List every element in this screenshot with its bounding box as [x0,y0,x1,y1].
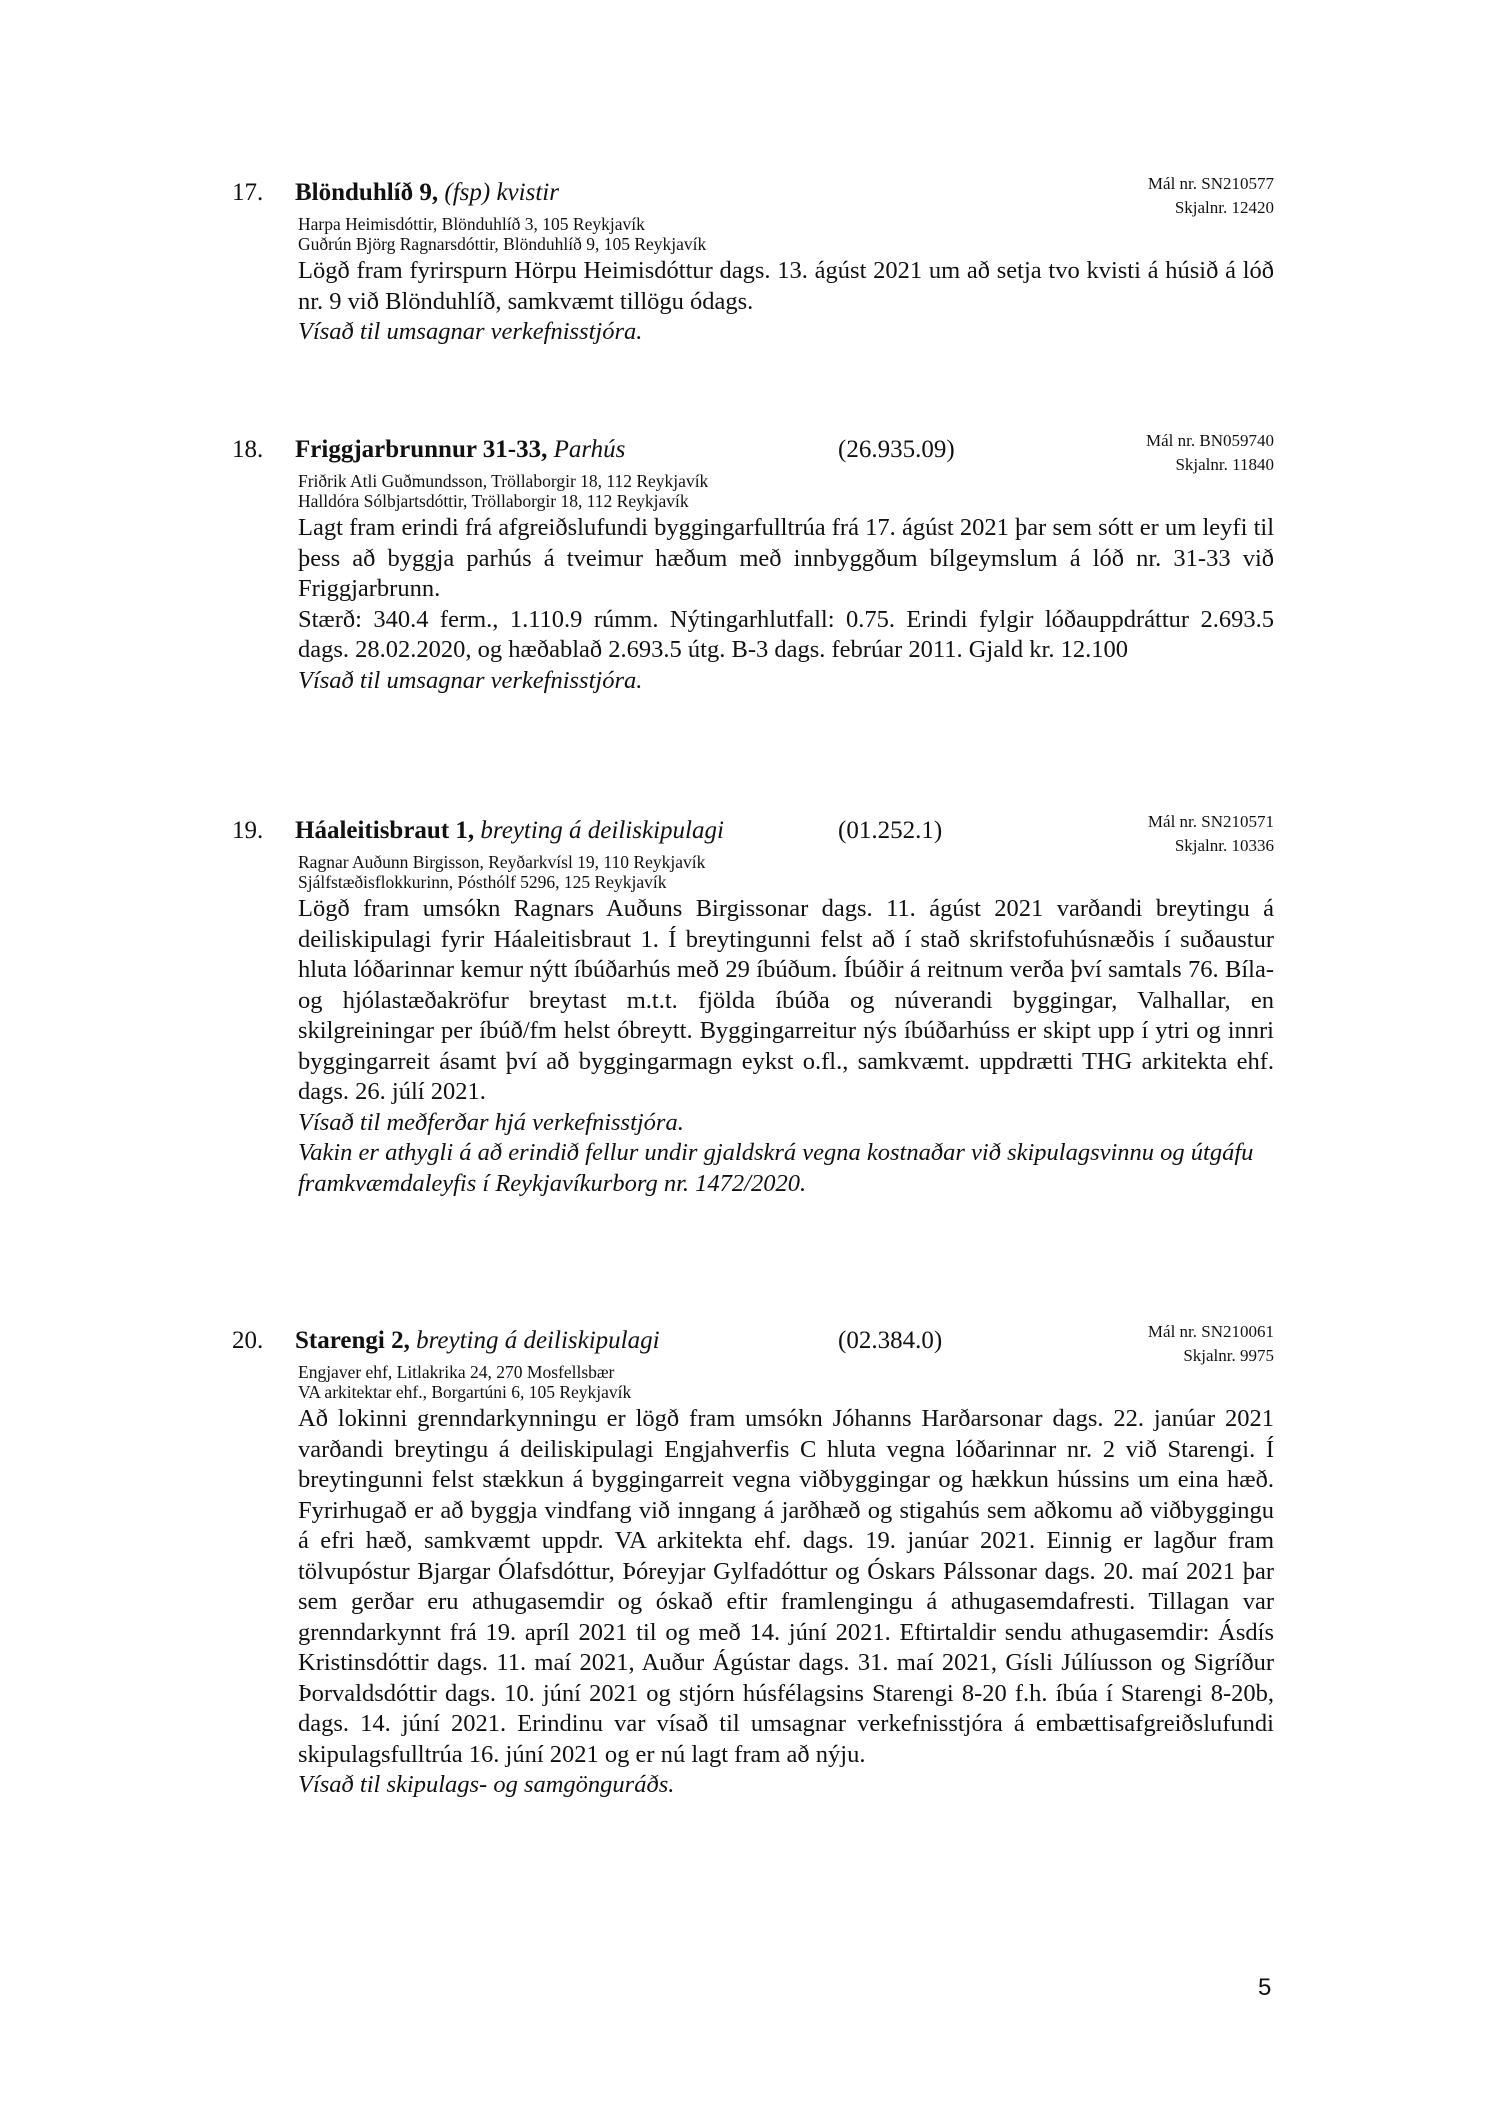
item-paragraph: Lagt fram erindi frá afgreiðslufundi byg… [298,513,1274,605]
agenda-item-19: 19. Háaleitisbraut 1, breyting á deilisk… [232,816,1274,1199]
case-number: Mál nr. SN210577 [1148,172,1274,196]
case-number: Mál nr. BN059740 [1146,429,1274,453]
item-notice: Vakin er athygli á að erindið fellur und… [298,1138,1274,1199]
applicant: Engjaver ehf, Litlakrika 24, 270 Mosfell… [298,1362,1274,1382]
document-number: Skjalnr. 10336 [1148,834,1274,858]
item-subject: Parhús [547,436,625,463]
item-decision: Vísað til umsagnar verkefnisstjóra. [298,317,1274,348]
item-title: Starengi 2, breyting á deiliskipulagi [295,1326,660,1356]
item-body: Lögð fram fyrirspurn Hörpu Heimisdóttur … [298,256,1274,348]
item-header: 17. Blönduhlíð 9, (fsp) kvistir Mál nr. … [232,178,1274,212]
agenda-item-20: 20. Starengi 2, breyting á deiliskipulag… [232,1326,1274,1801]
item-references: Mál nr. BN059740 Skjalnr. 11840 [1146,429,1274,477]
applicants: Friðrik Atli Guðmundsson, Tröllaborgir 1… [298,471,1274,511]
item-number: 17. [232,178,263,208]
applicant: Ragnar Auðunn Birgisson, Reyðarkvísl 19,… [298,852,1274,872]
applicant: VA arkitektar ehf., Borgartúni 6, 105 Re… [298,1382,1274,1402]
item-address: Blönduhlíð 9, [295,179,438,206]
applicant: Sjálfstæðisflokkurinn, Pósthólf 5296, 12… [298,872,1274,892]
agenda-item-17: 17. Blönduhlíð 9, (fsp) kvistir Mál nr. … [232,178,1274,348]
item-paragraph: Lögð fram fyrirspurn Hörpu Heimisdóttur … [298,256,1274,317]
applicant: Harpa Heimisdóttir, Blönduhlíð 3, 105 Re… [298,214,1274,234]
item-header: 19. Háaleitisbraut 1, breyting á deilisk… [232,816,1274,850]
document-number: Skjalnr. 11840 [1146,453,1274,477]
applicant: Halldóra Sólbjartsdóttir, Tröllaborgir 1… [298,491,1274,511]
item-title: Blönduhlíð 9, (fsp) kvistir [295,178,559,208]
item-subject: breyting á deiliskipulagi [410,1327,660,1354]
item-references: Mál nr. SN210061 Skjalnr. 9975 [1148,1320,1274,1368]
document-number: Skjalnr. 12420 [1148,196,1274,220]
item-decision: Vísað til umsagnar verkefnisstjóra. [298,666,1274,697]
item-subject: breyting á deiliskipulagi [474,817,724,844]
item-title: Friggjarbrunnur 31-33, Parhús [295,435,625,465]
case-number: Mál nr. SN210061 [1148,1320,1274,1344]
item-body: Að lokinni grenndarkynningu er lögð fram… [298,1404,1274,1801]
plot-number: (26.935.09) [838,435,955,465]
agenda-item-18: 18. Friggjarbrunnur 31-33, Parhús (26.93… [232,435,1274,696]
item-title: Háaleitisbraut 1, breyting á deiliskipul… [295,816,724,846]
applicants: Engjaver ehf, Litlakrika 24, 270 Mosfell… [298,1362,1274,1402]
applicants: Harpa Heimisdóttir, Blönduhlíð 3, 105 Re… [298,214,1274,254]
item-references: Mál nr. SN210571 Skjalnr. 10336 [1148,810,1274,858]
page-number: 5 [1258,1974,1271,2002]
item-paragraph: Lögð fram umsókn Ragnars Auðuns Birgisso… [298,894,1274,1108]
item-address: Háaleitisbraut 1, [295,817,474,844]
item-number: 20. [232,1326,263,1356]
item-address: Friggjarbrunnur 31-33, [295,436,547,463]
item-subject: (fsp) kvistir [438,179,559,206]
applicant: Friðrik Atli Guðmundsson, Tröllaborgir 1… [298,471,1274,491]
item-paragraph: Að lokinni grenndarkynningu er lögð fram… [298,1404,1274,1770]
plot-number: (02.384.0) [838,1326,942,1356]
document-number: Skjalnr. 9975 [1148,1344,1274,1368]
document-page: 17. Blönduhlíð 9, (fsp) kvistir Mál nr. … [0,0,1500,2122]
item-references: Mál nr. SN210577 Skjalnr. 12420 [1148,172,1274,220]
applicants: Ragnar Auðunn Birgisson, Reyðarkvísl 19,… [298,852,1274,892]
item-decision: Vísað til skipulags- og samgönguráðs. [298,1770,1274,1801]
item-header: 20. Starengi 2, breyting á deiliskipulag… [232,1326,1274,1360]
case-number: Mál nr. SN210571 [1148,810,1274,834]
item-body: Lögð fram umsókn Ragnars Auðuns Birgisso… [298,894,1274,1199]
item-paragraph: Stærð: 340.4 ferm., 1.110.9 rúmm. Nýting… [298,605,1274,666]
item-header: 18. Friggjarbrunnur 31-33, Parhús (26.93… [232,435,1274,469]
item-number: 18. [232,435,263,465]
plot-number: (01.252.1) [838,816,942,846]
item-body: Lagt fram erindi frá afgreiðslufundi byg… [298,513,1274,696]
item-decision: Vísað til meðferðar hjá verkefnisstjóra. [298,1108,1274,1139]
applicant: Guðrún Björg Ragnarsdóttir, Blönduhlíð 9… [298,234,1274,254]
item-address: Starengi 2, [295,1327,410,1354]
item-number: 19. [232,816,263,846]
